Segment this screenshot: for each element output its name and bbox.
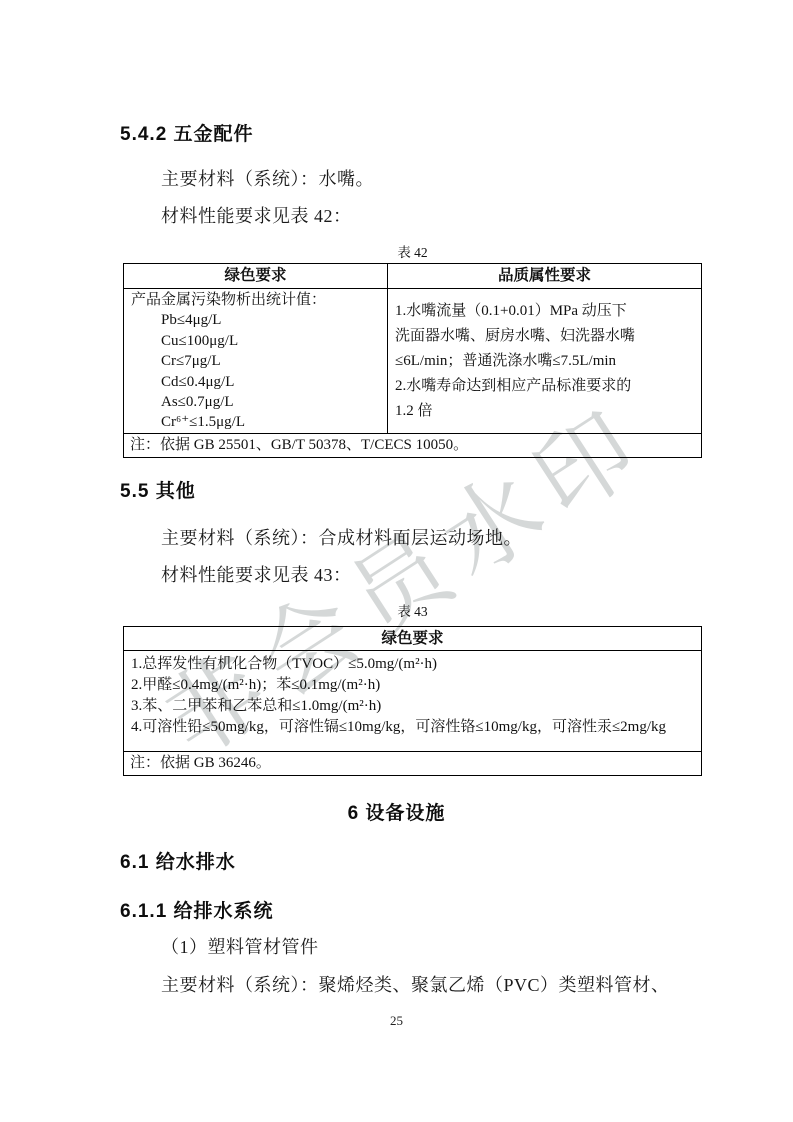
heading-6-1: 6.1 给水排水 [120,847,236,874]
table-42-caption: 表 42 [123,241,702,261]
para-see-table-42: 材料性能要求见表 42： [161,202,352,228]
table-42: 绿色要求 品质属性要求 产品金属污染物析出统计值： Pb≤4μg/L Cu≤10… [123,263,702,458]
table-42-right-line: 1.2 倍 [395,399,697,424]
table-42-col1-header: 绿色要求 [124,264,388,288]
table-43-item: 1.总挥发性有机化合物（TVOC）≤5.0mg/(m²·h) [131,654,695,675]
table-42-left-title: 产品金属污染物析出统计值： [131,290,381,310]
para-main-material-55: 主要材料（系统）：合成材料面层运动场地。 [161,524,522,550]
para-main-material-611: 主要材料（系统）：聚烯烃类、聚氯乙烯（PVC）类塑料管材、 [161,971,670,997]
page-number: 25 [0,1013,793,1029]
heading-5-4-2: 5.4.2 五金配件 [120,119,254,146]
table-43: 绿色要求 1.总挥发性有机化合物（TVOC）≤5.0mg/(m²·h) 2.甲醛… [123,626,702,776]
table-42-right-line: ≤6L/min；普通洗涤水嘴≤7.5L/min [395,349,697,374]
table-43-item: 2.甲醛≤0.4mg/(m²·h)；苯≤0.1mg/(m²·h) [131,675,695,696]
table-42-quality-cell: 1.水嘴流量（0.1+0.01）MPa 动压下 洗面器水嘴、厨房水嘴、妇洗器水嘴… [388,289,701,433]
table-42-green-cell: 产品金属污染物析出统计值： Pb≤4μg/L Cu≤100μg/L Cr≤7μg… [124,289,388,433]
table-42-left-item: Cr⁶⁺≤1.5μg/L [131,412,381,432]
para-see-table-43: 材料性能要求见表 43： [161,561,352,587]
table-42-header-row: 绿色要求 品质属性要求 [124,264,701,289]
table-43-body: 1.总挥发性有机化合物（TVOC）≤5.0mg/(m²·h) 2.甲醛≤0.4m… [124,651,701,751]
table-42-body-row: 产品金属污染物析出统计值： Pb≤4μg/L Cu≤100μg/L Cr≤7μg… [124,289,701,433]
table-42-left-item: As≤0.7μg/L [131,392,381,412]
heading-6: 6 设备设施 [0,798,793,825]
table-42-left-item: Pb≤4μg/L [131,310,381,330]
table-42-left-item: Cr≤7μg/L [131,351,381,371]
table-43-note: 注：依据 GB 36246。 [124,751,701,775]
heading-5-5: 5.5 其他 [120,476,196,503]
para-main-material-542: 主要材料（系统）：水嘴。 [161,165,374,191]
table-42-note: 注：依据 GB 25501、GB/T 50378、T/CECS 10050。 [124,433,701,457]
table-42-right-line: 洗面器水嘴、厨房水嘴、妇洗器水嘴 [395,324,697,349]
table-43-item: 3.苯、二甲苯和乙苯总和≤1.0mg/(m²·h) [131,696,695,717]
document-page: 非会员水印 5.4.2 五金配件 主要材料（系统）：水嘴。 材料性能要求见表 4… [0,0,793,1122]
table-42-left-item: Cd≤0.4μg/L [131,372,381,392]
table-42-col2-header: 品质属性要求 [388,264,701,288]
table-42-right-line: 2.水嘴寿命达到相应产品标准要求的 [395,374,697,399]
para-plastic-pipes: （1）塑料管材管件 [161,933,319,959]
table-43-header: 绿色要求 [124,627,701,651]
table-43-item: 4.可溶性铅≤50mg/kg，可溶性镉≤10mg/kg，可溶性铬≤10mg/kg… [131,717,695,738]
table-43-caption: 表 43 [123,600,702,620]
table-42-right-line: 1.水嘴流量（0.1+0.01）MPa 动压下 [395,299,697,324]
table-42-left-item: Cu≤100μg/L [131,331,381,351]
heading-6-1-1: 6.1.1 给排水系统 [120,896,274,923]
